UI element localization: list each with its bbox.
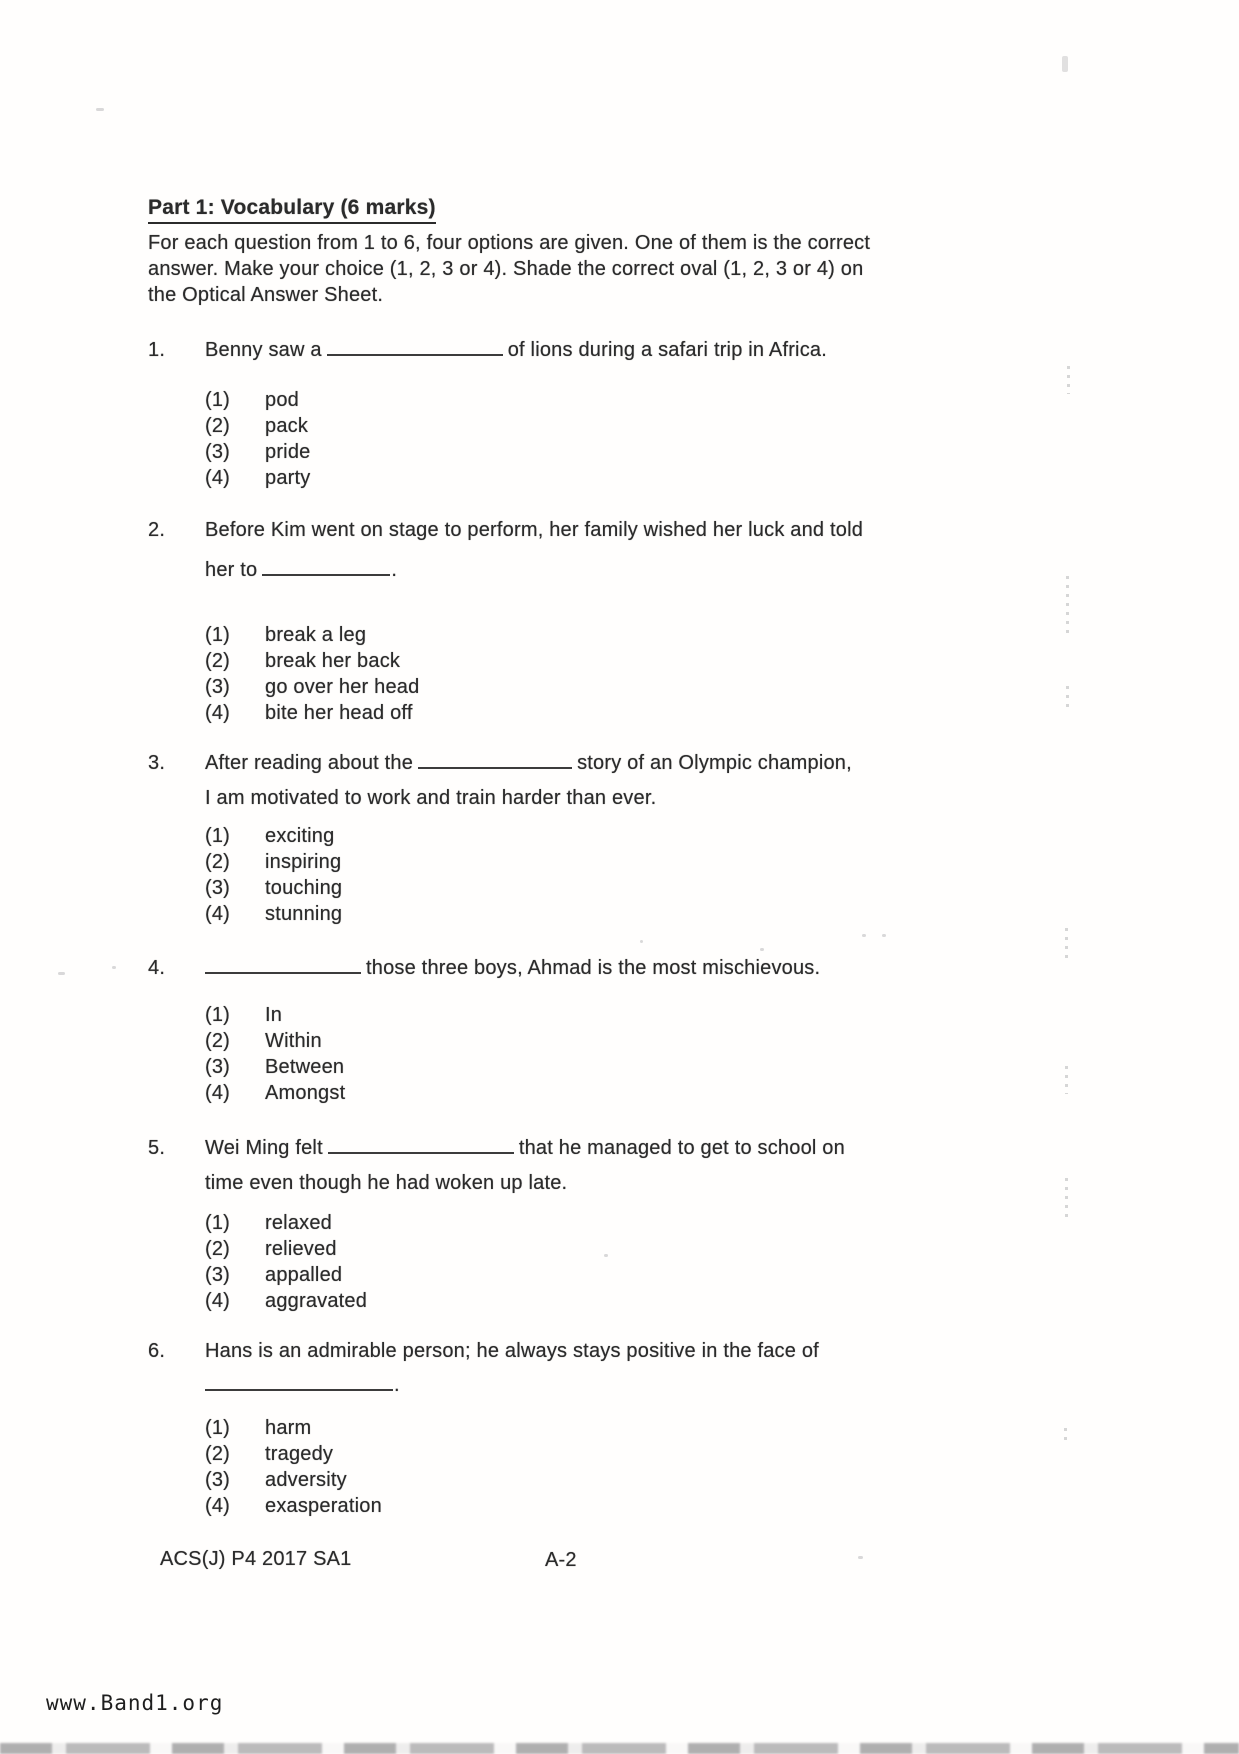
question-number: 6. <box>148 1338 165 1364</box>
scan-speckle <box>96 108 104 111</box>
option-number: (3) <box>205 875 265 901</box>
option-row: (2)Within <box>205 1028 948 1054</box>
option-row: (1)In <box>205 1002 948 1028</box>
options-list: (1)In(2)Within(3)Between(4)Amongst <box>205 1002 948 1106</box>
question-text: Before Kim went on stage to perform, her… <box>205 517 948 583</box>
options-list: (1)pod(2)pack(3)pride(4)party <box>205 387 948 491</box>
question-text: Benny saw aof lions during a safari trip… <box>205 337 948 363</box>
option-row: (4)exasperation <box>205 1493 948 1519</box>
option-row: (3)go over her head <box>205 674 948 700</box>
instruction-line: answer. Make your choice (1, 2, 3 or 4).… <box>148 256 888 282</box>
question-text: Hans is an admirable person; he always s… <box>205 1338 948 1398</box>
question-4: 4. those three boys, Ahmad is the most m… <box>148 955 948 1106</box>
question-number: 1. <box>148 337 165 363</box>
scan-speckle <box>1062 56 1068 72</box>
scan-speckle <box>1064 1428 1067 1446</box>
scan-speckle <box>640 940 643 943</box>
scan-speckle <box>1066 686 1069 708</box>
option-row: (2)pack <box>205 413 948 439</box>
scan-speckle <box>1065 1066 1068 1094</box>
scan-speckle <box>58 972 65 975</box>
scan-speckle <box>858 1556 863 1559</box>
option-number: (4) <box>205 1493 265 1519</box>
option-label: pod <box>265 387 299 413</box>
option-number: (2) <box>205 1028 265 1054</box>
instruction-line: the Optical Answer Sheet. <box>148 282 888 308</box>
option-label: bite her head off <box>265 700 413 726</box>
scan-speckle <box>1065 928 1068 960</box>
option-number: (3) <box>205 439 265 465</box>
option-label: appalled <box>265 1262 342 1288</box>
option-number: (3) <box>205 674 265 700</box>
question-number: 2. <box>148 517 165 543</box>
option-row: (2)break her back <box>205 648 948 674</box>
option-number: (2) <box>205 1236 265 1262</box>
option-label: party <box>265 465 310 491</box>
option-number: (2) <box>205 849 265 875</box>
option-row: (2)tragedy <box>205 1441 948 1467</box>
option-label: inspiring <box>265 849 341 875</box>
question-number: 4. <box>148 955 165 981</box>
scan-speckle <box>760 948 764 951</box>
option-label: go over her head <box>265 674 419 700</box>
options-list: (1)harm(2)tragedy(3)adversity(4)exaspera… <box>205 1415 948 1519</box>
option-number: (2) <box>205 413 265 439</box>
scan-speckle <box>1067 366 1070 394</box>
scan-speckle <box>862 934 866 937</box>
option-number: (1) <box>205 622 265 648</box>
question-3: 3. After reading about thestory of an Ol… <box>148 750 948 927</box>
option-row: (2)relieved <box>205 1236 948 1262</box>
option-row: (1)harm <box>205 1415 948 1441</box>
option-label: relieved <box>265 1236 337 1262</box>
option-number: (4) <box>205 700 265 726</box>
footer-page-number: A-2 <box>545 1549 577 1572</box>
option-label: stunning <box>265 901 342 927</box>
question-number: 3. <box>148 750 165 776</box>
answer-blank <box>205 1372 393 1391</box>
option-number: (1) <box>205 1002 265 1028</box>
option-number: (2) <box>205 648 265 674</box>
answer-blank <box>262 557 390 576</box>
option-label: touching <box>265 875 342 901</box>
section-title: Part 1: Vocabulary (6 marks) <box>148 196 436 224</box>
watermark-url: www.Band1.org <box>46 1691 223 1715</box>
option-row: (4)bite her head off <box>205 700 948 726</box>
option-label: relaxed <box>265 1210 332 1236</box>
option-number: (4) <box>205 901 265 927</box>
option-number: (3) <box>205 1054 265 1080</box>
answer-blank <box>328 1135 514 1154</box>
question-1: 1. Benny saw aof lions during a safari t… <box>148 337 948 491</box>
question-5: 5. Wei Ming feltthat he managed to get t… <box>148 1135 948 1314</box>
option-label: In <box>265 1002 282 1028</box>
option-label: pride <box>265 439 310 465</box>
question-number: 5. <box>148 1135 165 1161</box>
option-number: (1) <box>205 823 265 849</box>
option-number: (1) <box>205 1210 265 1236</box>
option-label: pack <box>265 413 308 439</box>
scan-speckle <box>1065 1178 1068 1220</box>
option-label: tragedy <box>265 1441 333 1467</box>
option-row: (3)Between <box>205 1054 948 1080</box>
question-text: After reading about thestory of an Olymp… <box>205 750 948 811</box>
answer-blank <box>327 337 503 356</box>
scan-speckle <box>1066 576 1069 638</box>
scanned-exam-page: Part 1: Vocabulary (6 marks) For each qu… <box>0 0 1239 1754</box>
option-number: (4) <box>205 465 265 491</box>
footer-document-code: ACS(J) P4 2017 SA1 <box>160 1548 351 1571</box>
option-number: (1) <box>205 387 265 413</box>
option-row: (4)stunning <box>205 901 948 927</box>
scan-edge-artifact <box>0 1743 1239 1754</box>
scan-speckle <box>604 1254 608 1257</box>
option-label: adversity <box>265 1467 347 1493</box>
option-row: (4)aggravated <box>205 1288 948 1314</box>
options-list: (1)exciting(2)inspiring(3)touching(4)stu… <box>205 823 948 927</box>
answer-blank <box>205 955 361 974</box>
option-number: (3) <box>205 1467 265 1493</box>
question-text: those three boys, Ahmad is the most misc… <box>205 955 948 981</box>
option-row: (3)touching <box>205 875 948 901</box>
option-row: (1)pod <box>205 387 948 413</box>
option-row: (3)pride <box>205 439 948 465</box>
option-row: (1)exciting <box>205 823 948 849</box>
option-row: (4)Amongst <box>205 1080 948 1106</box>
option-label: Amongst <box>265 1080 345 1106</box>
answer-blank <box>418 750 572 769</box>
option-row: (3)appalled <box>205 1262 948 1288</box>
option-row: (3)adversity <box>205 1467 948 1493</box>
option-label: exciting <box>265 823 334 849</box>
option-row: (1)break a leg <box>205 622 948 648</box>
question-text: Wei Ming feltthat he managed to get to s… <box>205 1135 948 1196</box>
option-row: (1)relaxed <box>205 1210 948 1236</box>
question-6: 6. Hans is an admirable person; he alway… <box>148 1338 948 1519</box>
option-row: (4)party <box>205 465 948 491</box>
option-label: Within <box>265 1028 322 1054</box>
option-number: (2) <box>205 1441 265 1467</box>
option-label: break her back <box>265 648 400 674</box>
scan-speckle <box>112 966 116 969</box>
option-number: (4) <box>205 1288 265 1314</box>
option-number: (1) <box>205 1415 265 1441</box>
question-2: 2. Before Kim went on stage to perform, … <box>148 517 948 726</box>
scan-speckle <box>882 934 886 937</box>
option-label: harm <box>265 1415 311 1441</box>
options-list: (1)break a leg(2)break her back(3)go ove… <box>205 622 948 726</box>
option-label: break a leg <box>265 622 366 648</box>
options-list: (1)relaxed(2)relieved(3)appalled(4)aggra… <box>205 1210 948 1314</box>
option-number: (4) <box>205 1080 265 1106</box>
instruction-line: For each question from 1 to 6, four opti… <box>148 230 888 256</box>
option-label: exasperation <box>265 1493 382 1519</box>
option-label: Between <box>265 1054 344 1080</box>
option-row: (2)inspiring <box>205 849 948 875</box>
section-instructions: For each question from 1 to 6, four opti… <box>148 230 888 308</box>
option-label: aggravated <box>265 1288 367 1314</box>
option-number: (3) <box>205 1262 265 1288</box>
